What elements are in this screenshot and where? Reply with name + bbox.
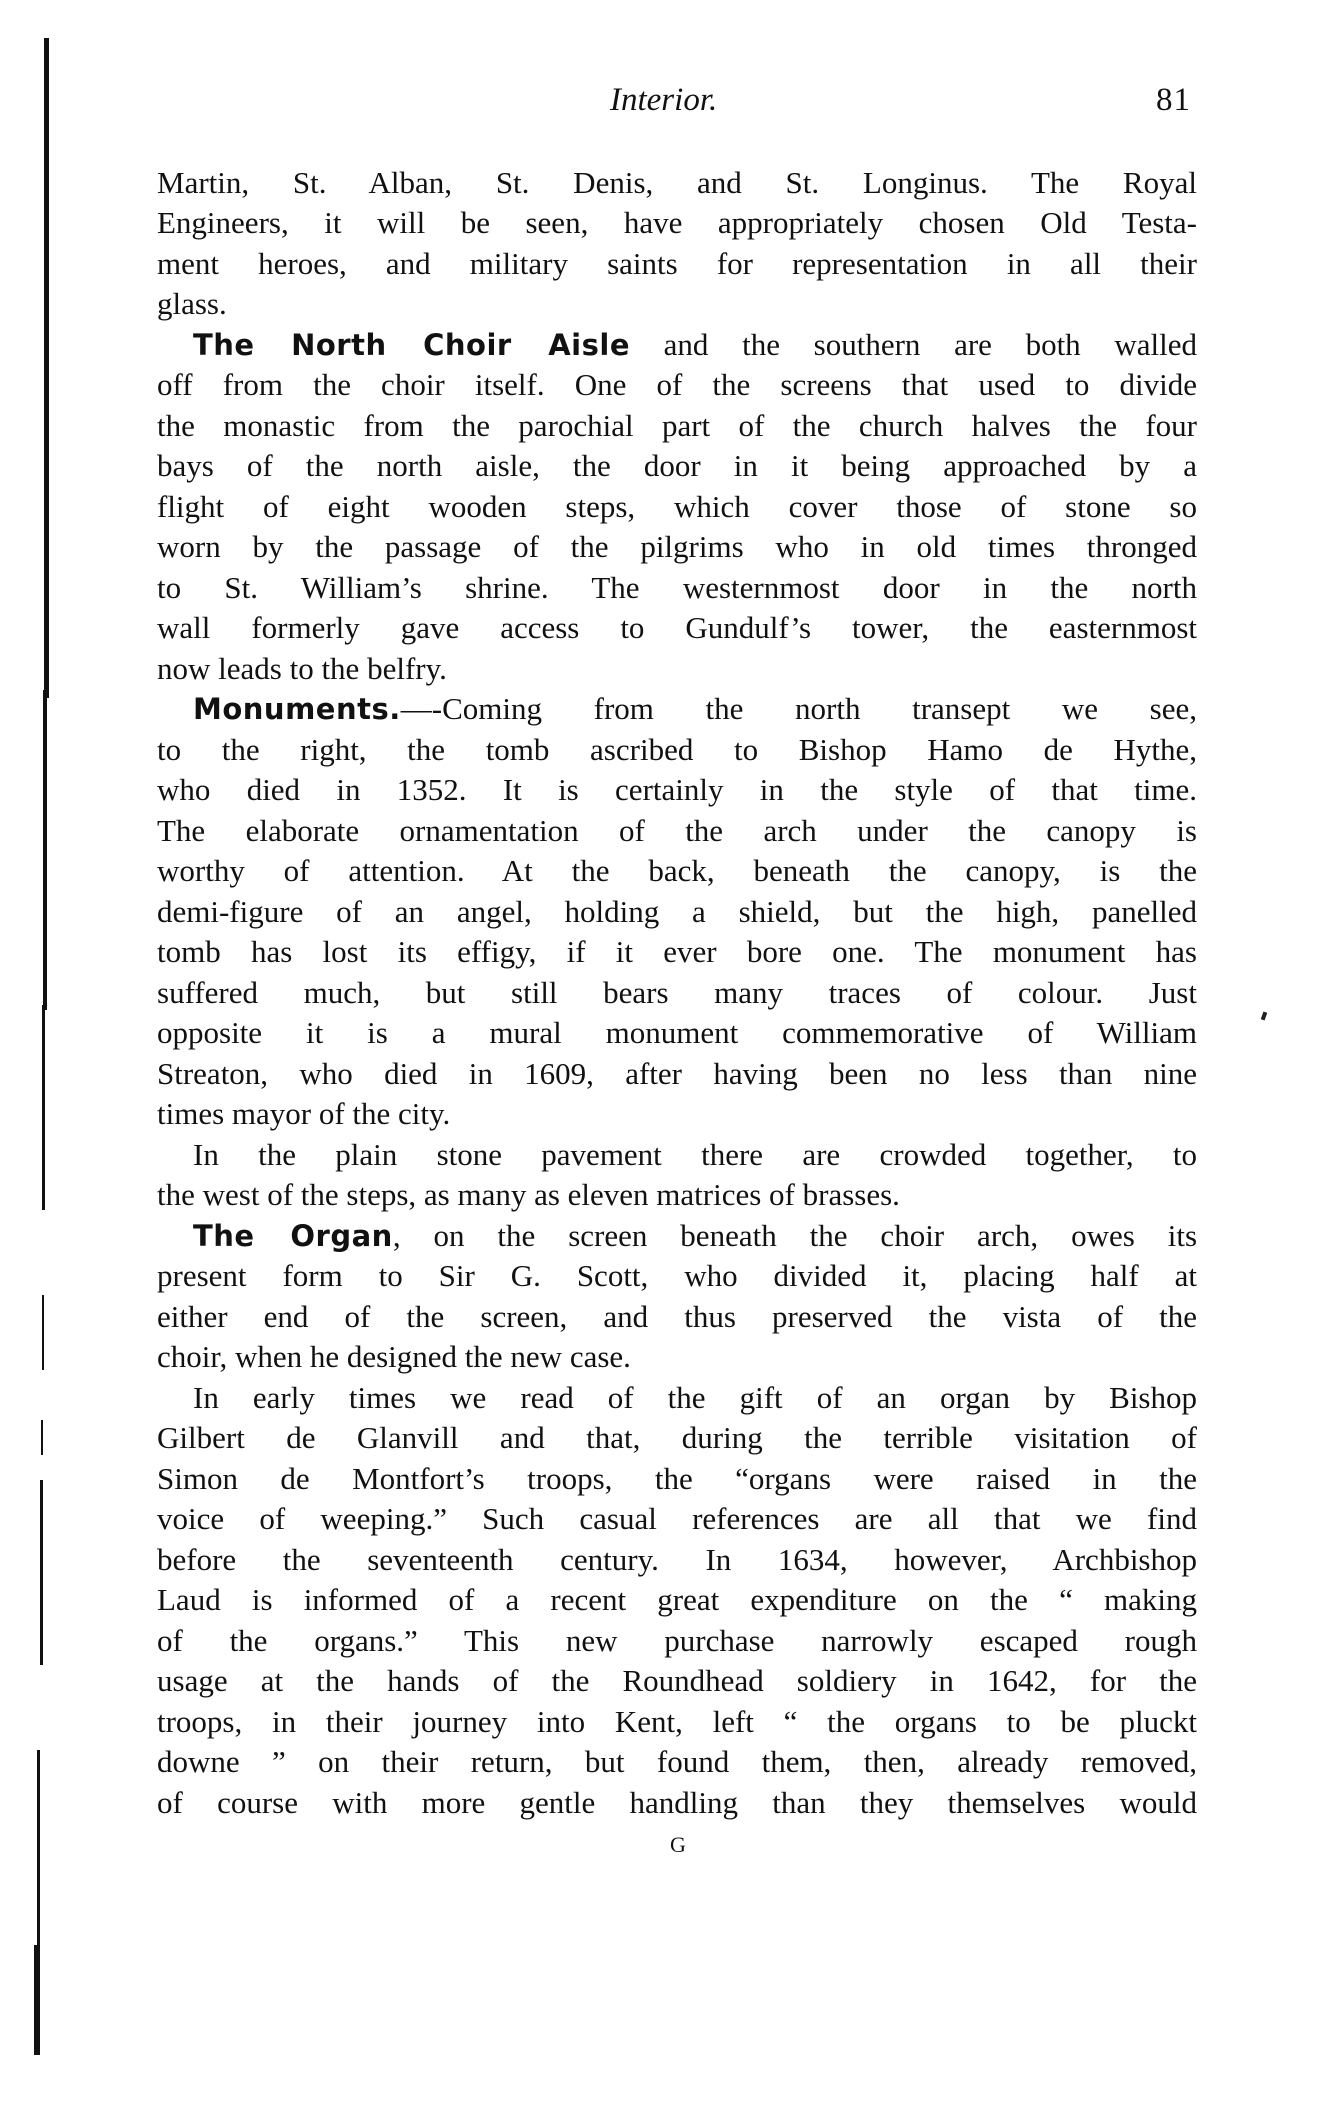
text-line: worn by the passage of the pilgrims who … <box>157 527 1197 567</box>
text-line: now leads to the belfry. <box>157 649 1197 689</box>
text-line: ment heroes, and military saints for rep… <box>157 244 1197 284</box>
text-line: present form to Sir G. Scott, who divide… <box>157 1256 1197 1296</box>
section-heading-north-choir-aisle: The North Choir Aisle <box>193 328 630 362</box>
binding-edge-line <box>40 1480 43 1665</box>
text-line: suffered much, but still bears many trac… <box>157 973 1197 1013</box>
text-line: Laud is informed of a recent great expen… <box>157 1580 1197 1620</box>
text-line: Martin, St. Alban, St. Denis, and St. Lo… <box>157 163 1197 203</box>
running-head: Interior. 81 <box>0 78 1335 122</box>
text-line: In early times we read of the gift of an… <box>157 1378 1197 1418</box>
text-line: opposite it is a mural monument commemor… <box>157 1013 1197 1053</box>
text-line: of the organs.” This new purchase narrow… <box>157 1621 1197 1661</box>
section-heading-the-organ: The Organ <box>193 1219 393 1253</box>
text-line: the west of the steps, as many as eleven… <box>157 1175 1197 1215</box>
binding-edge-line <box>43 690 47 1010</box>
book-page: Interior. 81 Martin, St. Alban, St. Deni… <box>0 0 1335 2101</box>
text-line: who died in 1352. It is certainly in the… <box>157 770 1197 810</box>
text-line: glass. <box>157 284 1197 324</box>
text-line: worthy of attention. At the back, beneat… <box>157 851 1197 891</box>
text-line: demi-figure of an angel, holding a shiel… <box>157 892 1197 932</box>
text-line: choir, when he designed the new case. <box>157 1337 1197 1377</box>
text-line: off from the choir itself. One of the sc… <box>157 365 1197 405</box>
text-run: , on the screen beneath the choir arch, … <box>393 1218 1197 1253</box>
text-line: times mayor of the city. <box>157 1094 1197 1134</box>
page-number: 81 <box>1156 78 1191 122</box>
binding-edge-line <box>42 1295 44 1370</box>
text-line: flight of eight wooden steps, which cove… <box>157 487 1197 527</box>
binding-edge-line <box>42 1005 45 1210</box>
section-heading-monuments: Monuments. <box>193 692 401 726</box>
running-title: Interior. <box>610 78 717 122</box>
text-line: the monastic from the parochial part of … <box>157 406 1197 446</box>
text-line: The North Choir Aisle and the southern a… <box>157 325 1197 365</box>
text-line: Gilbert de Glanvill and that, during the… <box>157 1418 1197 1458</box>
text-line: tomb has lost its effigy, if it ever bor… <box>157 932 1197 972</box>
text-line: troops, in their journey into Kent, left… <box>157 1702 1197 1742</box>
text-line: usage at the hands of the Roundhead sold… <box>157 1661 1197 1701</box>
text-line: bays of the north aisle, the door in it … <box>157 446 1197 486</box>
text-line: before the seventeenth century. In 1634,… <box>157 1540 1197 1580</box>
text-line: In the plain stone pavement there are cr… <box>157 1135 1197 1175</box>
text-line: Engineers, it will be seen, have appropr… <box>157 203 1197 243</box>
text-run: and the southern are both walled <box>630 327 1197 362</box>
text-line: either end of the screen, and thus prese… <box>157 1297 1197 1337</box>
text-line: The Organ, on the screen beneath the cho… <box>157 1216 1197 1256</box>
binding-edge-line <box>41 1420 43 1455</box>
binding-edge-line <box>37 1750 40 1950</box>
signature-mark: G <box>670 1830 686 1860</box>
text-line: Streaton, who died in 1609, after having… <box>157 1054 1197 1094</box>
text-line: of course with more gentle handling than… <box>157 1783 1197 1823</box>
text-line: downe ” on their return, but found them,… <box>157 1742 1197 1782</box>
text-line: The elaborate ornamentation of the arch … <box>157 811 1197 851</box>
text-line: wall formerly gave access to Gundulf’s t… <box>157 608 1197 648</box>
binding-edge-line <box>44 38 49 698</box>
text-line: to St. William’s shrine. The westernmost… <box>157 568 1197 608</box>
text-line: voice of weeping.” Such casual reference… <box>157 1499 1197 1539</box>
scan-speck <box>1261 1012 1267 1021</box>
text-line: Monuments.—-Coming from the north transe… <box>157 689 1197 729</box>
binding-edge-line <box>34 1945 40 2055</box>
text-line: to the right, the tomb ascribed to Bisho… <box>157 730 1197 770</box>
text-line: Simon de Montfort’s troops, the “organs … <box>157 1459 1197 1499</box>
text-run: —-Coming from the north transept we see, <box>401 691 1197 726</box>
